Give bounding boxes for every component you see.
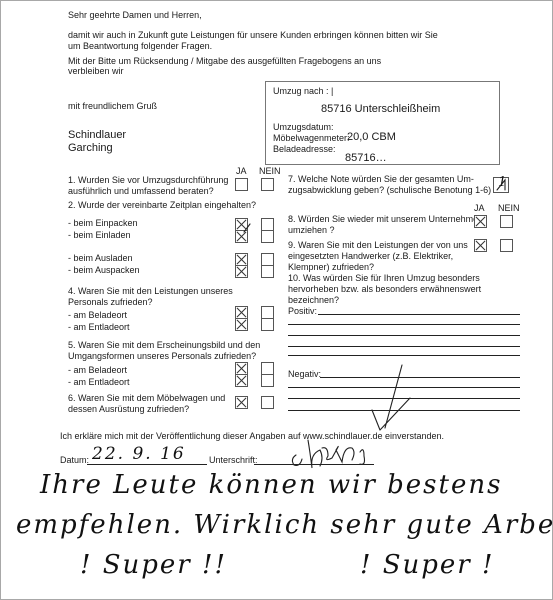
handwritten-comment-line-2: empfehlen. Wirklich sehr gute Arbeit!! [16, 510, 553, 540]
handwritten-comment-line-1: Ihre Leute können wir bestens [40, 470, 502, 500]
handwritten-comment-line-3-left: ! Super !! [80, 550, 227, 580]
handwritten-comment-line-3-right: ! Super ! [360, 550, 494, 580]
